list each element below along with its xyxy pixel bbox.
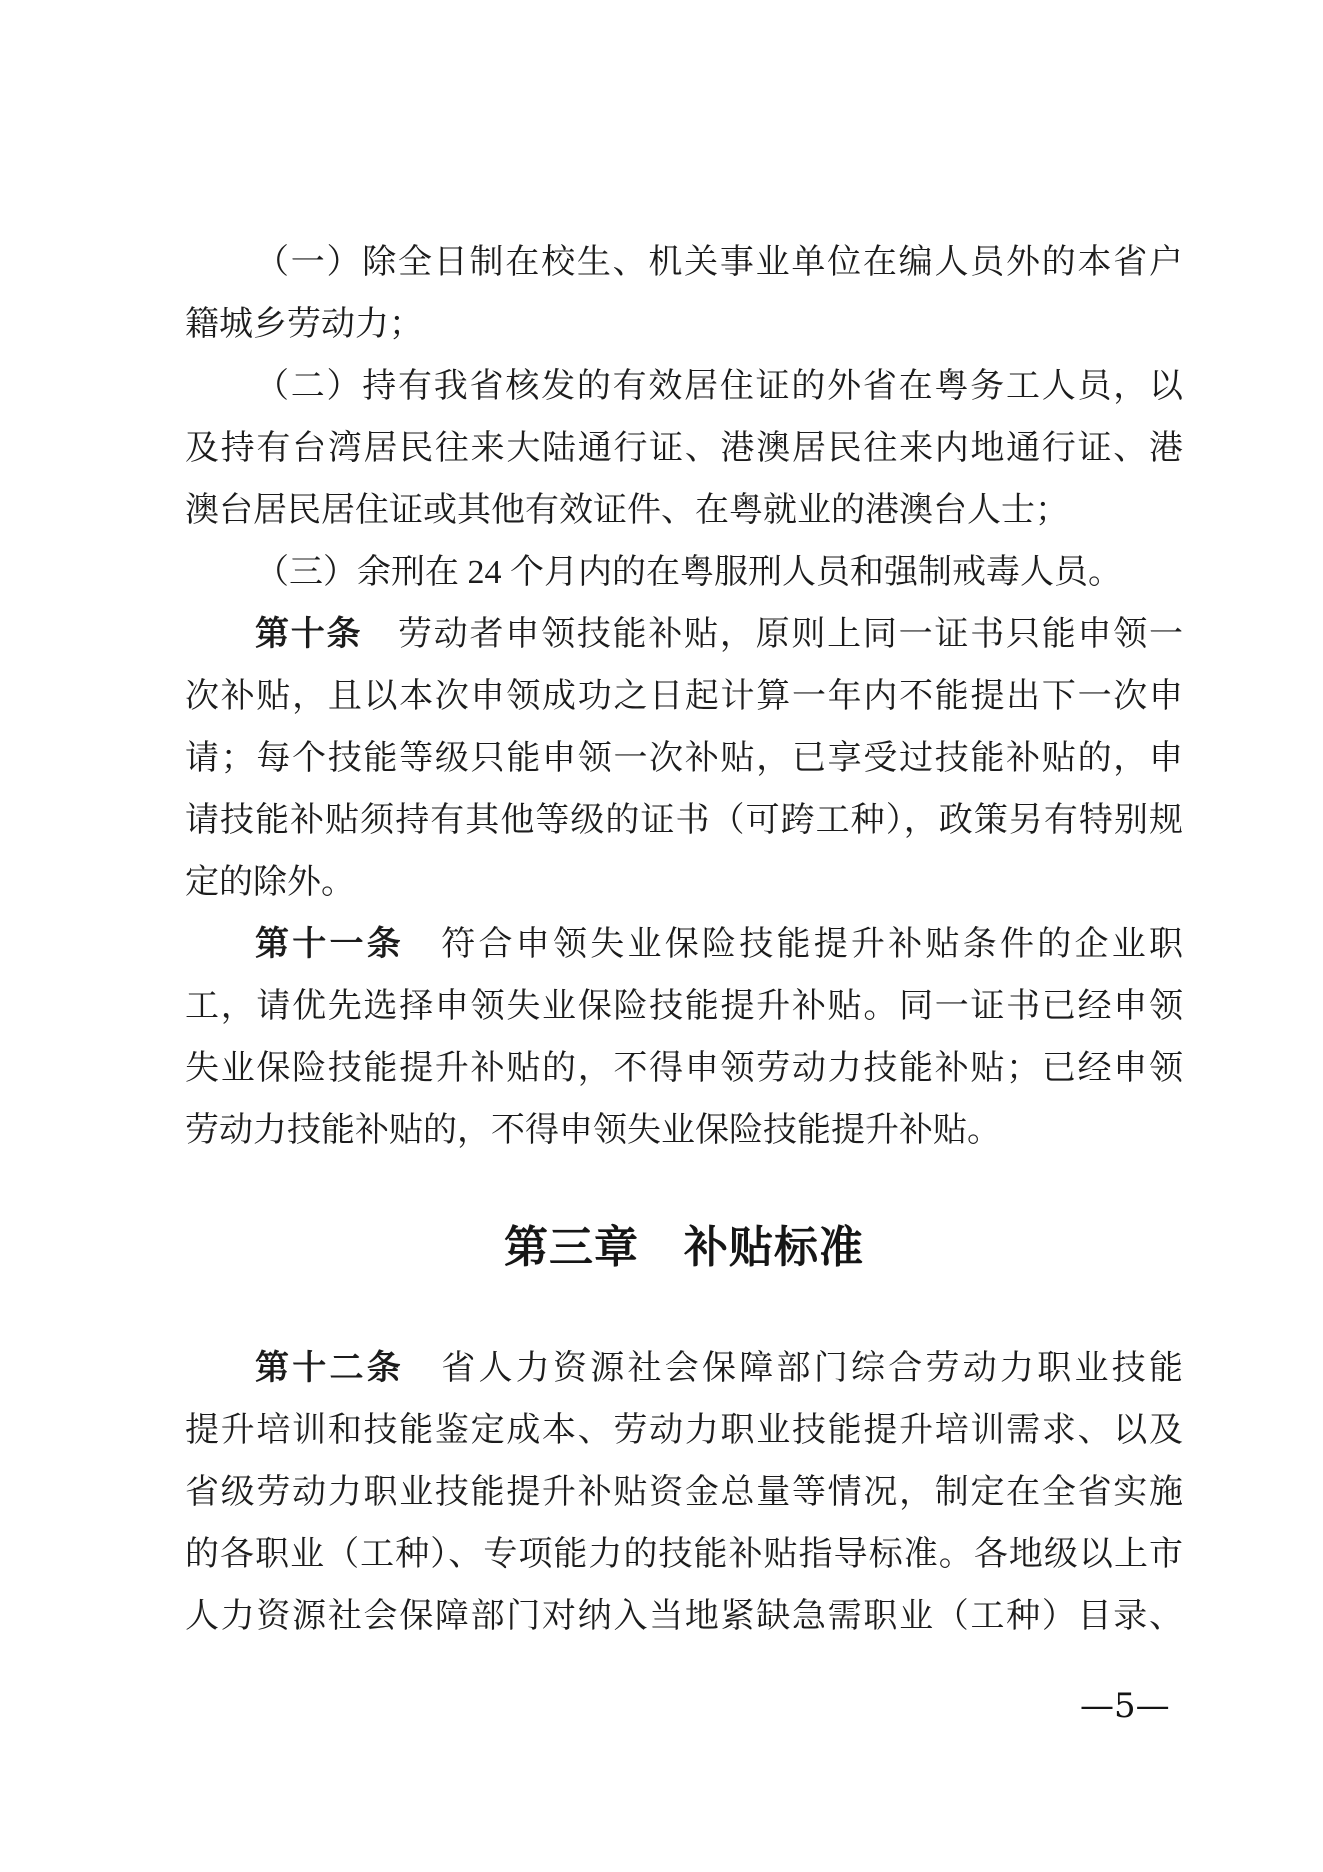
text-line: （二）持有我省核发的有效居住证的外省在粤务工人员，以 bbox=[185, 355, 1183, 417]
text-line-content: 及持有台湾居民往来大陆通行证、港澳居民往来内地通行证、港 bbox=[185, 430, 1183, 467]
text-line-content: 人力资源社会保障部门对纳入当地紧缺急需职业（工种）目录、 bbox=[185, 1598, 1183, 1635]
text-line: 劳动力技能补贴的，不得申领失业保险技能提升补贴。 bbox=[185, 1099, 1183, 1161]
text-line: （三）余刑在 24 个月内的在粤服刑人员和强制戒毒人员。 bbox=[185, 541, 1183, 603]
text-line: 及持有台湾居民往来大陆通行证、港澳居民往来内地通行证、港 bbox=[185, 417, 1183, 479]
article-11-label: 第十一条 bbox=[255, 925, 404, 963]
text-line: 请技能补贴须持有其他等级的证书（可跨工种），政策另有特别规 bbox=[185, 789, 1183, 851]
text-line: 第十条 劳动者申领技能补贴，原则上同一证书只能申领一 bbox=[185, 603, 1183, 665]
text-line-content: 的各职业（工种）、专项能力的技能补贴指导标准。各地级以上市 bbox=[185, 1536, 1183, 1573]
chapter-heading: 第三章 补贴标准 bbox=[185, 1217, 1183, 1279]
text-line-content: 提升培训和技能鉴定成本、劳动力职业技能提升培训需求、以及 bbox=[185, 1412, 1183, 1449]
text-line-content: 请；每个技能等级只能申领一次补贴，已享受过技能补贴的，申 bbox=[185, 740, 1183, 777]
text-line-content: 请技能补贴须持有其他等级的证书（可跨工种），政策另有特别规 bbox=[185, 802, 1183, 839]
article-10-label: 第十条 bbox=[255, 615, 362, 653]
text-line-content: 籍城乡劳动力； bbox=[185, 306, 423, 343]
text-line-content: 劳动者申领技能补贴，原则上同一证书只能申领一 bbox=[362, 616, 1183, 653]
text-line-content: 次补贴，且以本次申领成功之日起计算一年内不能提出下一次申 bbox=[185, 678, 1183, 715]
text-line-content: 符合申领失业保险技能提升补贴条件的企业职 bbox=[404, 926, 1183, 963]
text-line-content: （二）持有我省核发的有效居住证的外省在粤务工人员，以 bbox=[255, 368, 1183, 405]
text-line: 工，请优先选择申领失业保险技能提升补贴。同一证书已经申领 bbox=[185, 975, 1183, 1037]
text-line-content: 省人力资源社会保障部门综合劳动力职业技能 bbox=[404, 1350, 1183, 1387]
text-line: 请；每个技能等级只能申领一次补贴，已享受过技能补贴的，申 bbox=[185, 727, 1183, 789]
text-line-content: 定的除外。 bbox=[185, 864, 355, 901]
text-line-content: 省级劳动力职业技能提升补贴资金总量等情况，制定在全省实施 bbox=[185, 1474, 1183, 1511]
text-line: 失业保险技能提升补贴的，不得申领劳动力技能补贴；已经申领 bbox=[185, 1037, 1183, 1099]
text-line: 籍城乡劳动力； bbox=[185, 293, 1183, 355]
text-line: （一）除全日制在校生、机关事业单位在编人员外的本省户 bbox=[185, 231, 1183, 293]
text-line: 第十一条 符合申领失业保险技能提升补贴条件的企业职 bbox=[185, 913, 1183, 975]
text-line: 人力资源社会保障部门对纳入当地紧缺急需职业（工种）目录、 bbox=[185, 1585, 1183, 1647]
article-12-label: 第十二条 bbox=[255, 1349, 404, 1387]
page-number: —5— bbox=[1080, 1686, 1170, 1726]
text-line: 省级劳动力职业技能提升补贴资金总量等情况，制定在全省实施 bbox=[185, 1461, 1183, 1523]
text-line: 澳台居民居住证或其他有效证件、在粤就业的港澳台人士； bbox=[185, 479, 1183, 541]
text-line: 第十二条 省人力资源社会保障部门综合劳动力职业技能 bbox=[185, 1337, 1183, 1399]
text-line-content: 工，请优先选择申领失业保险技能提升补贴。同一证书已经申领 bbox=[185, 988, 1183, 1025]
text-line-content: 澳台居民居住证或其他有效证件、在粤就业的港澳台人士； bbox=[185, 492, 1069, 529]
text-line: 次补贴，且以本次申领成功之日起计算一年内不能提出下一次申 bbox=[185, 665, 1183, 727]
text-line-content: 失业保险技能提升补贴的，不得申领劳动力技能补贴；已经申领 bbox=[185, 1050, 1183, 1087]
text-line: 定的除外。 bbox=[185, 851, 1183, 913]
text-line: 的各职业（工种）、专项能力的技能补贴指导标准。各地级以上市 bbox=[185, 1523, 1183, 1585]
text-line-content: 劳动力技能补贴的，不得申领失业保险技能提升补贴。 bbox=[185, 1112, 1001, 1149]
text-line-content: （一）除全日制在校生、机关事业单位在编人员外的本省户 bbox=[255, 244, 1183, 281]
text-line-content: （三）余刑在 24 个月内的在粤服刑人员和强制戒毒人员。 bbox=[255, 554, 1122, 591]
document-body: （一）除全日制在校生、机关事业单位在编人员外的本省户 籍城乡劳动力； （二）持有… bbox=[185, 231, 1183, 1647]
text-line: 提升培训和技能鉴定成本、劳动力职业技能提升培训需求、以及 bbox=[185, 1399, 1183, 1461]
